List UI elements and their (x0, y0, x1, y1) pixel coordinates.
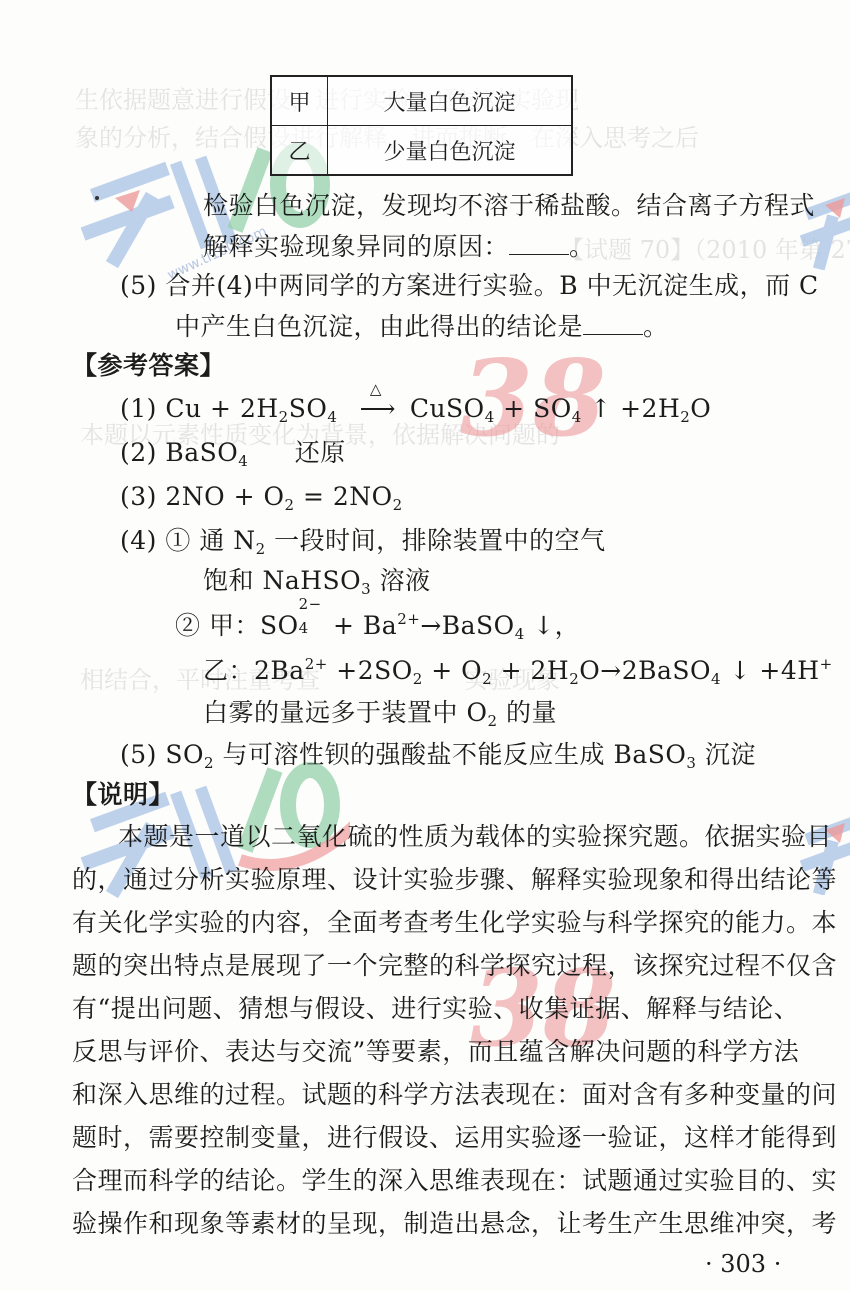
subscript: 2 (487, 712, 497, 730)
formula-part: Cu + 2H (165, 394, 278, 423)
formula-part: +2H (620, 394, 680, 423)
superscript: + (820, 655, 833, 673)
subscript: 3 (361, 580, 371, 598)
answer-text: 与可溶性钡的强酸盐不能反应生成 BaSO (214, 740, 686, 769)
period: 。 (643, 312, 669, 341)
answer-label: (1) (120, 394, 157, 423)
answer-text: 的量 (498, 698, 557, 727)
answer-3: (3) 2NO + O2 = 2NO2 (120, 481, 403, 513)
table-row: 甲 大量白色沉淀 (271, 76, 572, 126)
formula-part: ↓ +4H (721, 656, 820, 685)
explanation-line: 和深入思维的过程。试题的科学方法表现在：面对含有多种变量的问 (72, 1079, 837, 1111)
subscript: 4 (515, 625, 525, 643)
formula-part: + 2H (492, 656, 569, 685)
row-value: 少量白色沉淀 (328, 126, 573, 176)
answer-4-step-2-jia: ② 甲：SO2−4 + Ba2+→BaSO4 ↓， (175, 610, 580, 642)
gas-arrow-icon: ↑ (582, 394, 620, 423)
explanation-line: 的，通过分析实验原理、设计实验步骤、解释实验现象和得出结论等 (72, 864, 837, 896)
observation-table: 甲 大量白色沉淀 乙 少量白色沉淀 (270, 75, 573, 176)
formula-part: + O (423, 656, 482, 685)
formula-part: SO (165, 740, 204, 769)
explanation-line: 有“提出问题、猜想与假设、进行实验、收集证据、解释与结论、 (72, 993, 799, 1025)
row-value: 大量白色沉淀 (328, 76, 573, 126)
explanation-line: 本题是一道以二氧化硫的性质为载体的实验探究题。依据实验目 (118, 821, 832, 853)
formula-part: 饱和 NaHSO (203, 566, 361, 595)
answer-2: (2) BaSO4 还原 (120, 437, 346, 469)
stray-mark (95, 196, 99, 200)
question-4-text-line-1: 检验白色沉淀，发现均不溶于稀盐酸。结合离子方程式 (203, 190, 815, 222)
formula-part: + Ba (325, 611, 398, 640)
subscript: 4 (238, 452, 248, 470)
subscript: 4 (572, 408, 582, 426)
answer-text: 溶液 (371, 566, 430, 595)
formula-part: SO (289, 394, 328, 423)
question-5-text-line-1: (5) 合并(4)中两同学的方案进行实验。B 中无沉淀生成，而 C (120, 270, 819, 302)
answer-label: (4) (120, 526, 157, 555)
answer-4-step-1: (4) ① 通 N2 一段时间，排除装置中的空气 (120, 525, 606, 557)
table-row: 乙 少量白色沉淀 (271, 126, 572, 176)
subscript: 2 (569, 670, 579, 688)
formula-part: 乙：2Ba (203, 656, 305, 685)
subscript: 2 (204, 754, 214, 772)
question-5-text-line-2: 中产生白色沉淀，由此得出的结论是。 (175, 310, 669, 343)
explanation-line: 验操作和现象等素材的呈现，制造出悬念，让考生产生思维冲突，考 (72, 1208, 837, 1240)
subscript: 4 (485, 408, 495, 426)
page-number: · 303 · (705, 1250, 781, 1278)
subscript: 4 (711, 670, 721, 688)
explanation-line: 题的突出特点是展现了一个完整的科学探究过程，该探究过程不仅含 (72, 950, 837, 982)
formula-part: + SO (495, 394, 572, 423)
question-4-prompt: 解释实验现象异同的原因： (203, 232, 509, 261)
formula-part: BaSO (165, 438, 238, 467)
subscript: 2 (680, 408, 690, 426)
formula-part: 白雾的量远多于装置中 O (203, 698, 487, 727)
answer-label: (3) (120, 482, 157, 511)
explanation-heading: 【说明】 (72, 779, 174, 811)
answer-1: (1) Cu + 2H2SO4 △⟶CuSO4 + SO4 ↑ +2H2O (120, 393, 711, 425)
answer-word: 还原 (295, 438, 346, 467)
subscript: 2 (285, 496, 295, 514)
answer-label: (5) (120, 740, 157, 769)
answer-heading: 【参考答案】 (72, 350, 225, 382)
answer-4-reagent: 饱和 NaHSO3 溶液 (203, 565, 431, 597)
row-label: 甲 (271, 76, 328, 126)
superscript: 2+ (397, 610, 420, 628)
question-4-text-line-2: 解释实验现象异同的原因：。 (203, 230, 595, 263)
formula-part: O→2BaSO (579, 656, 711, 685)
subscript: 2 (393, 496, 403, 514)
subscript: 2 (279, 408, 289, 426)
subscript: 2 (256, 540, 266, 558)
question-5-prompt: 中产生白色沉淀，由此得出的结论是 (175, 312, 583, 341)
explanation-line: 题时，需要控制变量，进行假设、运用实验逐一验证，这样才能得到 (72, 1122, 837, 1154)
formula-part: 2NO + O (165, 482, 284, 511)
formula-part: +2SO (328, 656, 413, 685)
answer-label: (2) (120, 438, 157, 467)
subscript: 2 (413, 670, 423, 688)
explanation-line: 反思与评价、表达与交流”等要素，而且蕴含解决问题的科学方法 (72, 1036, 799, 1068)
subscript: 4 (327, 408, 337, 426)
formula-part: = 2NO (295, 482, 393, 511)
heating-arrow: △⟶ (346, 393, 410, 425)
period: 。 (569, 232, 595, 261)
superscript: 2+ (305, 655, 328, 673)
answer-4-fog: 白雾的量远多于装置中 O2 的量 (203, 697, 557, 729)
explanation-line: 合理而科学的结论。学生的深入思维表现在：试题通过实验目的、实 (72, 1165, 837, 1197)
answer-4-step-2-yi: 乙：2Ba2+ +2SO2 + O2 + 2H2O→2BaSO4 ↓ +4H+ (203, 655, 833, 687)
formula-part: O (690, 394, 711, 423)
row-label: 乙 (271, 126, 328, 176)
formula-part: CuSO (410, 394, 485, 423)
document-page: 甲 大量白色沉淀 乙 少量白色沉淀 检验白色沉淀，发现均不溶于稀盐酸。结合离子方… (0, 0, 850, 1291)
subscript: 2 (482, 670, 492, 688)
answer-5: (5) SO2 与可溶性钡的强酸盐不能反应生成 BaSO3 沉淀 (120, 739, 756, 771)
heat-symbol-icon: △ (370, 373, 382, 405)
precipitate-arrow-icon: ↓， (525, 611, 580, 640)
answer-text: 一段时间，排除装置中的空气 (266, 526, 606, 555)
formula-part: ① 通 N (165, 526, 255, 555)
subscript: 3 (686, 754, 696, 772)
answer-blank (509, 230, 569, 255)
answer-text: 沉淀 (696, 740, 755, 769)
answer-blank (583, 310, 643, 335)
formula-part: →BaSO (420, 611, 514, 640)
formula-part: ② 甲：SO (175, 611, 299, 640)
explanation-line: 有关化学实验的内容，全面考查考生化学实验与科学探究的能力。本 (72, 907, 837, 939)
